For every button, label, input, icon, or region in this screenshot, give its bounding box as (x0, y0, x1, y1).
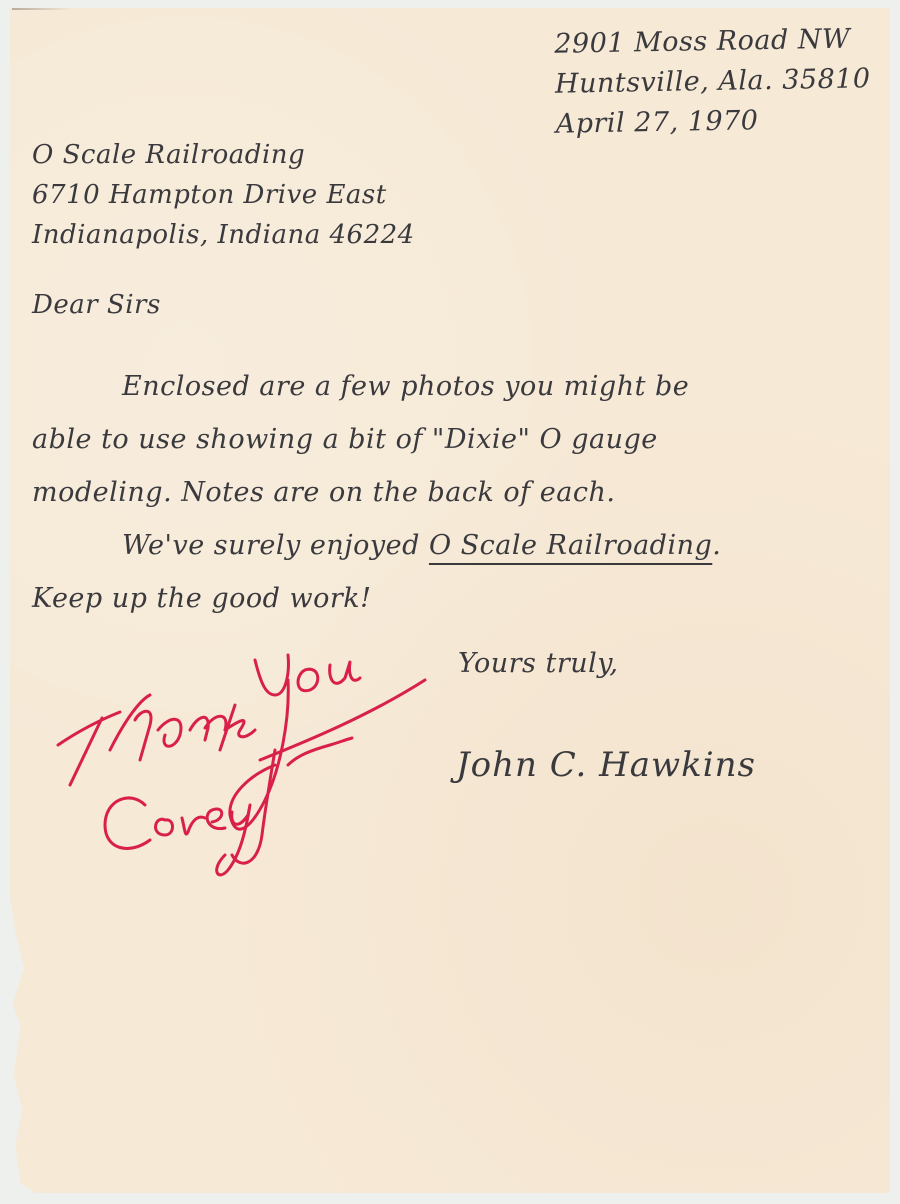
body-line: Enclosed are a few photos you might be (32, 360, 721, 413)
scanned-letter: 2901 Moss Road NW Huntsville, Ala. 35810… (0, 0, 900, 1204)
body-text: We've surely enjoyed (122, 530, 429, 561)
red-signature-drawing (40, 600, 460, 890)
signature: John C. Hawkins (456, 745, 756, 785)
body-line: modeling. Notes are on the back of each. (32, 466, 721, 519)
recipient-address-block: O Scale Railroading 6710 Hampton Drive E… (32, 135, 415, 255)
red-ink-annotation (40, 600, 460, 890)
sender-city: Huntsville, Ala. 35810 (555, 59, 871, 105)
recipient-street: 6710 Hampton Drive East (32, 175, 415, 215)
sender-street: 2901 Moss Road NW (554, 19, 870, 65)
recipient-city: Indianapolis, Indiana 46224 (32, 215, 415, 255)
paper-edge-shadow (12, 8, 72, 10)
body-line: We've surely enjoyed O Scale Railroading… (32, 519, 721, 572)
body-text: . (712, 530, 721, 561)
salutation: Dear Sirs (32, 290, 161, 320)
recipient-name: O Scale Railroading (32, 135, 415, 175)
letter-body: Enclosed are a few photos you might be a… (32, 360, 721, 625)
publication-title: O Scale Railroading (429, 530, 712, 561)
body-line: able to use showing a bit of "Dixie" O g… (32, 413, 721, 466)
letter-date: April 27, 1970 (555, 99, 871, 145)
closing: Yours truly, (458, 648, 619, 679)
sender-address-block: 2901 Moss Road NW Huntsville, Ala. 35810… (554, 19, 872, 144)
